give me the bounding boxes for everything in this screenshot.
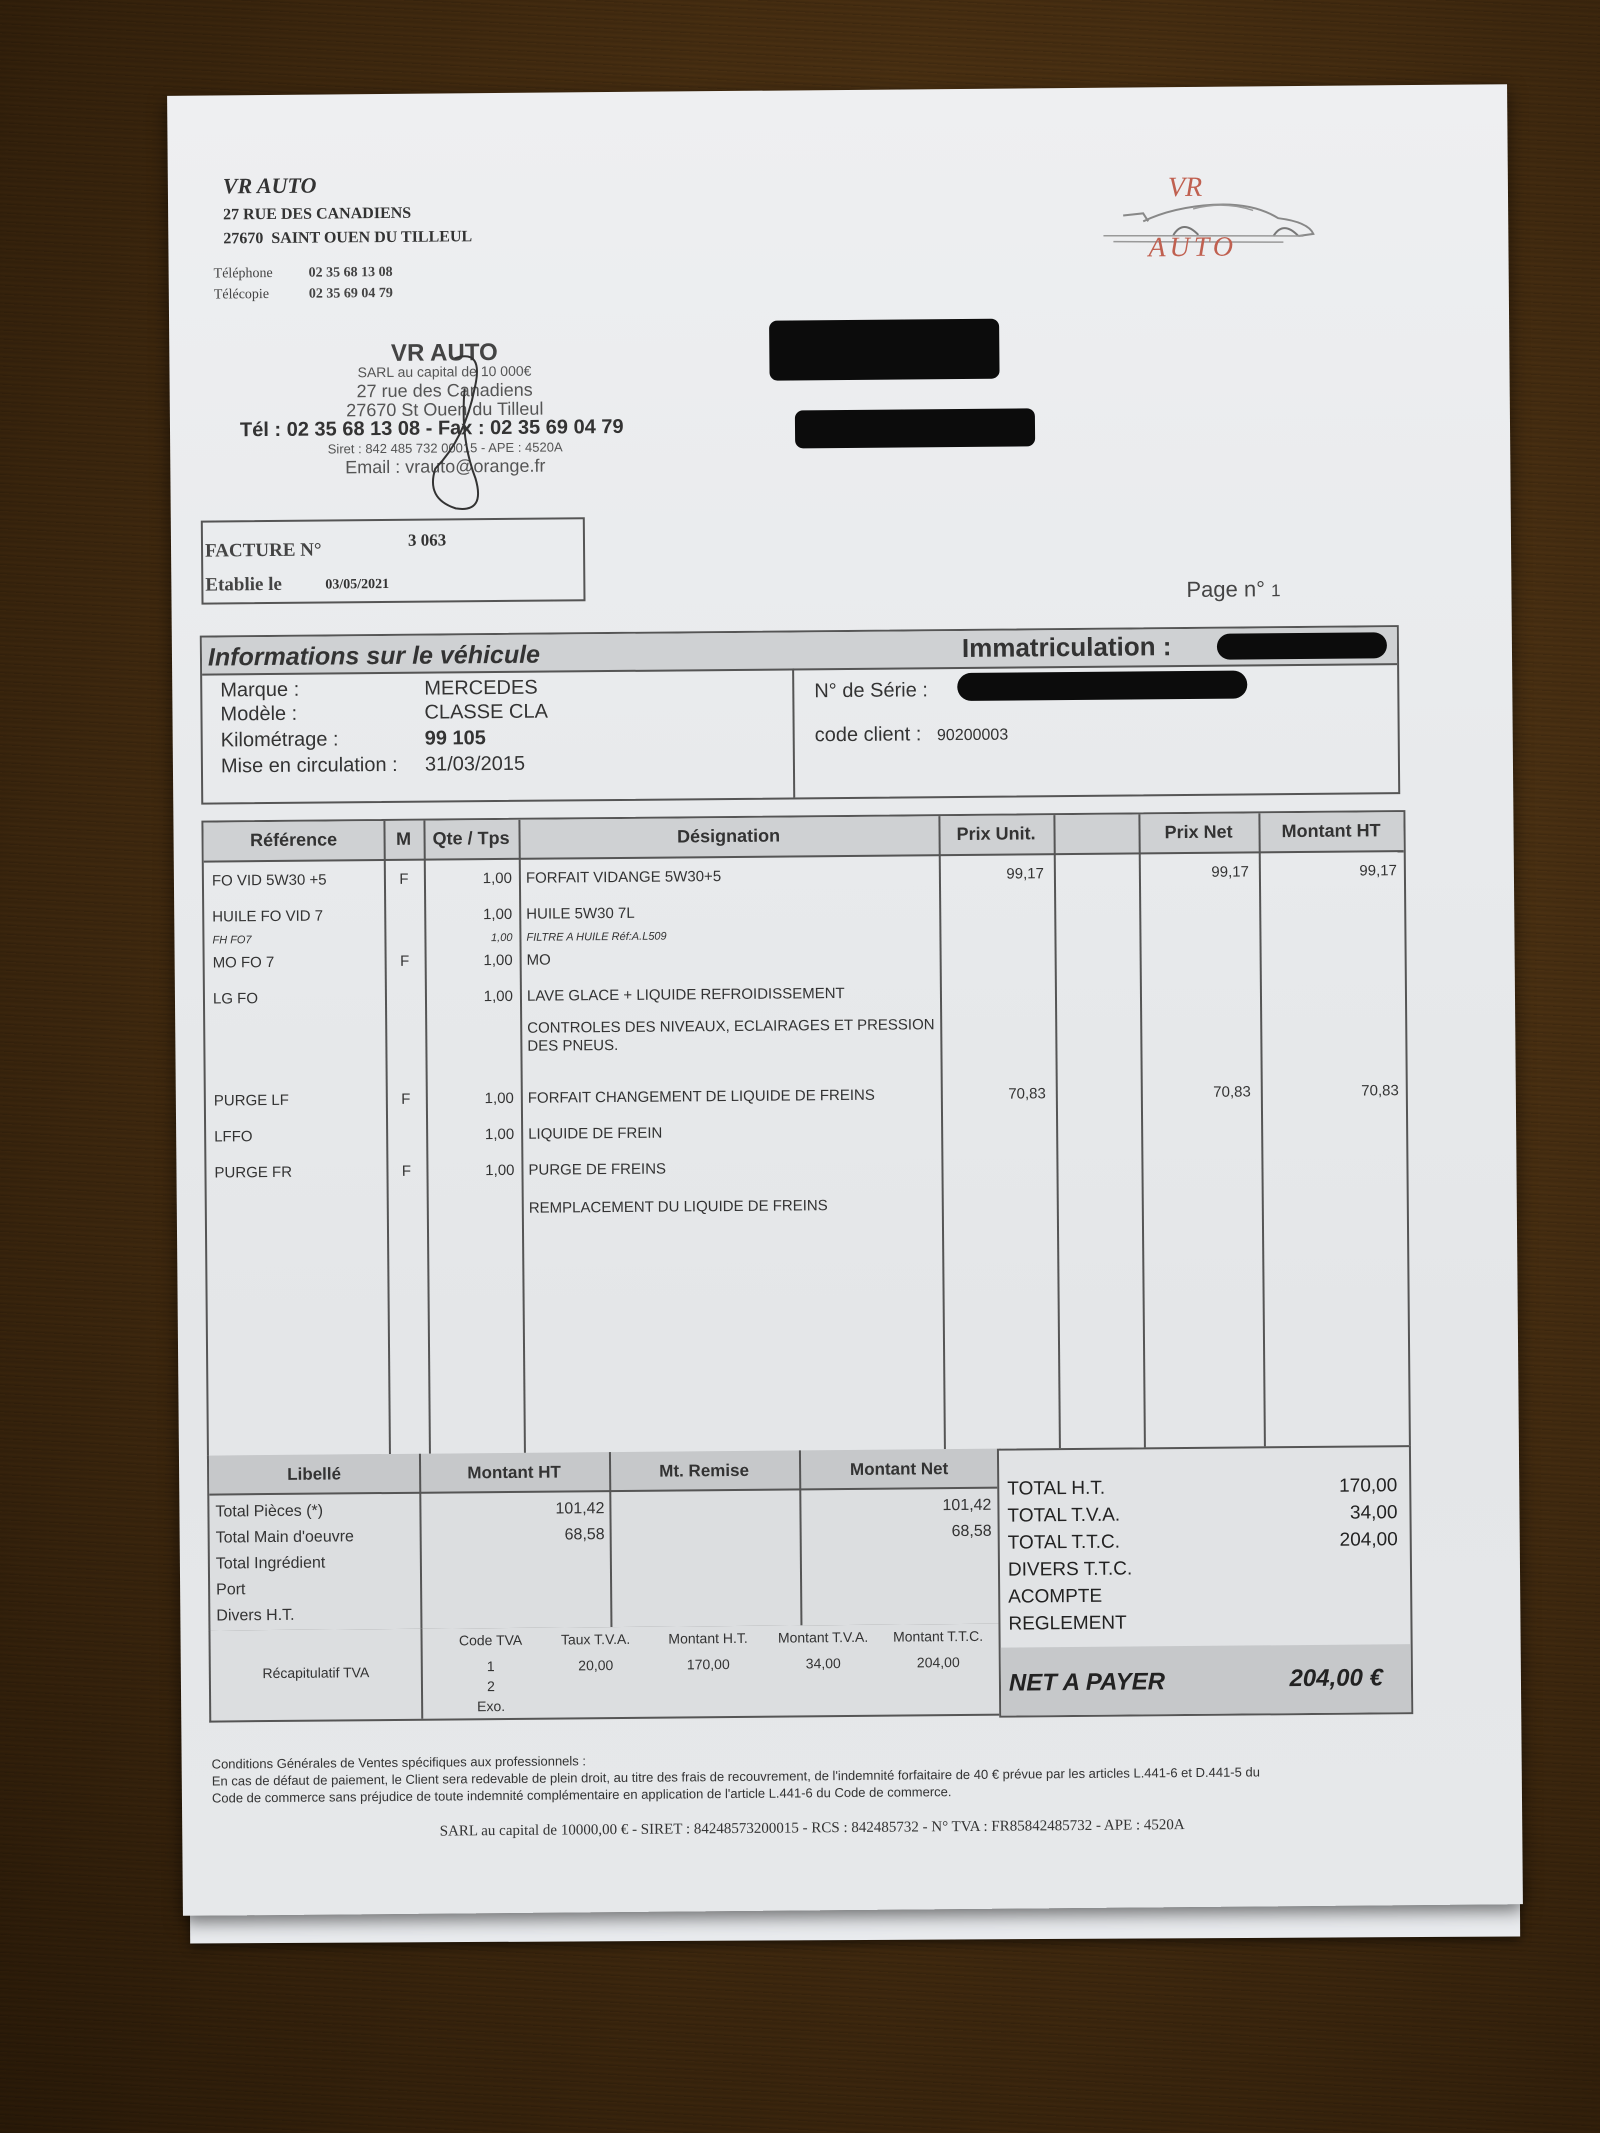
lines-header-cell: Qte / Tps [423,828,518,850]
line-unit [940,983,1045,984]
line-net: 99,17 [1139,863,1249,881]
summary-value: 204,00 [1340,1529,1398,1552]
invoice-number-box: FACTURE N° 3 063 Etablie le 03/05/2021 [201,517,586,604]
line-qty: 1,00 [426,1126,514,1144]
line-qty [425,1038,513,1039]
line-net [1140,1013,1250,1014]
totals-header-cell: Libellé [209,1464,419,1486]
line-net [1141,1119,1251,1120]
line-ref: FH FO7 [212,934,251,946]
invoice-lines-table: RéférenceMQte / TpsDésignationPrix Unit.… [201,810,1411,1459]
line-ref: PURGE FR [214,1164,292,1182]
vat-recap-tva [766,1675,881,1676]
line-qty: 1,00 [426,1090,514,1108]
line-qty: 1,00 [424,870,512,888]
line-unit [940,1033,1045,1034]
summary-row: DIVERS T.T.C. [1008,1556,1398,1581]
page-label: Page n° [1186,576,1265,602]
summary-row: TOTAL H.T.170,00 [1007,1475,1397,1500]
summary-value: 34,00 [1350,1502,1398,1524]
totals-ht [420,1578,605,1580]
summary-value: 170,00 [1339,1475,1397,1498]
line-net [1141,1155,1251,1156]
lines-header-cell: Prix Unit. [938,823,1053,845]
totals-remise [610,1602,795,1604]
summary-label: REGLEMENT [1008,1613,1126,1635]
summary-row: TOTAL T.T.C.204,00 [1008,1529,1398,1554]
terms-and-conditions: Conditions Générales de Ventes spécifiqu… [212,1745,1412,1806]
vat-recap-ht: 170,00 [651,1656,766,1673]
vat-recap-header: Montant T.V.A. [765,1629,880,1646]
totals-label: Total Main d'oeuvre [216,1528,354,1547]
line-ref: HUILE FO VID 7 [212,908,323,926]
line-m: F [386,1091,426,1108]
page-number: Page n° 1 [1186,576,1280,603]
company-address: 27 RUE DES CANADIENS 27670 SAINT OUEN DU… [223,201,472,251]
vat-recap-header: Taux T.V.A. [541,1631,651,1648]
totals-remise [610,1524,795,1526]
line-total [1260,944,1398,945]
totals-header-cell: Montant HT [419,1462,609,1484]
line-unit [941,1121,1046,1122]
totals-header-cell: Montant Net [799,1459,999,1481]
totals-remise [609,1498,794,1500]
net-to-pay-value: 204,00 € [1289,1664,1383,1693]
line-m: F [384,871,424,888]
line-designation: LAVE GLACE + LIQUIDE REFROIDISSEMENT [527,985,845,1005]
vat-recap-ttc [881,1674,996,1675]
line-total [1261,1118,1399,1119]
line-ref: FO VID 5W30 +5 [212,872,327,890]
vat-recap-ttc [881,1694,996,1695]
phone-label: Téléphone [214,263,289,285]
vat-recap-code: 2 [441,1678,541,1695]
line-designation: REMPLACEMENT DU LIQUIDE DE FREINS [529,1197,828,1217]
line-qty [427,1200,515,1201]
summary-label: TOTAL H.T. [1007,1478,1105,1500]
phone-value: 02 35 68 13 08 [309,265,393,281]
summary-label: DIVERS T.T.C. [1008,1559,1132,1581]
totals-ht [420,1604,605,1606]
vat-recap-code: 1 [441,1658,541,1675]
line-total [1260,1012,1398,1013]
legal-footer: SARL au capital de 10000,00 € - SIRET : … [182,1815,1442,1843]
vat-recap-tva [766,1695,881,1696]
registration-label: Immatriculation : [962,631,1172,664]
line-net [1142,1193,1252,1194]
line-total: 99,17 [1259,862,1397,880]
line-unit: 99,17 [939,865,1044,883]
line-designation: FORFAIT CHANGEMENT DE LIQUIDE DE FREINS [528,1087,875,1107]
page-value: 1 [1271,581,1281,600]
line-total [1259,924,1397,925]
lines-header-cell: Désignation [518,824,938,849]
totals-remise [610,1576,795,1578]
line-designation: PURGE DE FREINS [528,1161,666,1179]
totals-net: 101,42 [799,1497,991,1517]
line-designation: HUILE 5W30 7L [526,905,635,923]
lines-header-cell: Montant HT [1258,820,1403,842]
line-unit [940,1015,1045,1016]
line-designation: FORFAIT VIDANGE 5W30+5 [526,868,721,887]
totals-header-cell: Mt. Remise [609,1460,799,1482]
summary-label: TOTAL T.T.C. [1008,1532,1120,1554]
totals-net [800,1549,992,1551]
line-designation: FILTRE A HUILE Réf:A.L509 [526,931,666,944]
vat-recap-tva: 34,00 [766,1655,881,1672]
invoice-date-label: Etablie le [205,574,282,597]
company-name: VR AUTO [223,173,317,200]
lines-header-cell: Référence [203,829,383,852]
summary-label: ACOMPTE [1008,1586,1102,1608]
invoice-number-label: FACTURE N° [205,540,322,563]
column-divider [383,821,391,1456]
line-unit [939,927,1044,928]
invoice-number: 3 063 [408,530,446,550]
line-qty: 1,00 [424,932,512,945]
vehicle-field-brand: Marque :MERCEDES [202,674,792,679]
line-total [1259,898,1397,899]
totals-net [800,1601,992,1603]
fax-label: Télécopie [214,284,289,306]
company-address-line1: 27 RUE DES CANADIENS [223,201,472,227]
net-to-pay-label: NET A PAYER [1009,1668,1165,1697]
redacted-recipient-city [795,408,1035,448]
vat-recap-rate: 20,00 [541,1657,651,1674]
line-net [1139,899,1249,900]
vat-recap-ht [651,1696,766,1697]
redacted-recipient-name [769,319,1000,381]
line-unit: 70,83 [941,1085,1046,1103]
line-net [1140,981,1250,982]
line-designation: CONTROLES DES NIVEAUX, ECLAIRAGES ET PRE… [527,1016,934,1037]
vat-recap-header: Montant H.T. [650,1630,765,1647]
lines-header-cell: Prix Net [1138,821,1258,843]
invoice-summary: TOTAL H.T.170,00TOTAL T.V.A.34,00TOTAL T… [997,1445,1413,1718]
line-unit [940,947,1045,948]
summary-row: REGLEMENT [1008,1610,1398,1635]
column-divider [938,816,946,1451]
totals-ht: 101,42 [419,1500,604,1520]
line-ref: PURGE LF [214,1092,289,1110]
line-qty: 1,00 [425,988,513,1006]
line-total [1262,1192,1400,1193]
line-net [1139,925,1249,926]
client-code-value: 90200003 [937,727,1008,745]
totals-label: Total Pièces (*) [215,1503,323,1522]
column-divider [1258,813,1266,1448]
line-total: 70,83 [1261,1082,1399,1100]
vat-recap-header: Code TVA [441,1632,541,1649]
totals-remise [610,1550,795,1552]
vehicle-info-section: Informations sur le véhicule Immatricula… [200,625,1400,804]
line-qty [425,1020,513,1021]
redacted-registration [1217,632,1387,659]
vat-recap-rate [541,1697,651,1698]
line-unit [939,901,1044,902]
company-contact: Téléphone02 35 68 13 08 Télécopie02 35 6… [214,262,393,306]
vat-recap-rate [541,1677,651,1678]
signature [414,348,516,529]
company-logo: VR AUTO [1103,171,1334,273]
summary-row: ACOMPTE [1008,1583,1398,1608]
totals-label: Port [216,1581,245,1599]
company-address-line2: 27670 SAINT OUEN DU TILLEUL [223,225,472,251]
vat-recap-code: Exo. [441,1698,541,1715]
vat-recap-ttc: 204,00 [881,1654,996,1671]
fax-value: 02 35 69 04 79 [309,286,393,302]
vat-recap-header: Montant T.T.C. [880,1628,995,1645]
serial-number-label: N° de Série : [814,679,928,703]
vehicle-info-divider [792,668,795,797]
net-to-pay-row: NET A PAYER 204,00 € [1001,1644,1412,1716]
line-m: F [386,1163,426,1180]
line-ref: LFFO [214,1128,252,1145]
column-divider [518,820,526,1455]
line-designation: LIQUIDE DE FREIN [528,1125,662,1143]
invoice-date: 03/05/2021 [325,577,389,594]
line-total [1261,1154,1399,1155]
invoice-document: VR AUTO 27 RUE DES CANADIENS 27670 SAINT… [167,84,1523,1916]
line-total [1260,980,1398,981]
line-total [1260,1030,1398,1031]
redacted-serial-number [957,670,1247,701]
line-net [1140,945,1250,946]
line-net: 70,83 [1141,1083,1251,1101]
logo-text-bottom: AUTO [1148,232,1237,265]
line-designation: DES PNEUS. [527,1037,618,1055]
column-divider [1053,815,1061,1450]
totals-net [800,1575,992,1577]
totals-ht: 68,58 [420,1526,605,1546]
vehicle-info-title: Informations sur le véhicule [208,641,540,673]
line-qty: 1,00 [426,1162,514,1180]
line-ref: LG FO [213,990,258,1007]
totals-ht [420,1552,605,1554]
line-ref: MO FO 7 [213,954,275,972]
totals-breakdown-table: LibelléMontant HTMt. RemiseMontant NetTo… [207,1449,1003,1633]
totals-net: 68,58 [800,1523,992,1543]
summary-row: TOTAL T.V.A.34,00 [1007,1502,1397,1527]
line-designation: MO [527,952,551,969]
vat-recap-ht [651,1676,766,1677]
summary-label: TOTAL T.V.A. [1007,1505,1120,1527]
vat-recap-table: Récapitulatif TVA Code TVATaux T.V.A.Mon… [208,1624,1003,1723]
line-unit [942,1195,1047,1196]
client-code: code client : 90200003 [815,723,1009,748]
line-unit [941,1157,1046,1158]
vat-recap-label: Récapitulatif TVA [231,1664,401,1681]
line-net [1140,1031,1250,1032]
line-qty: 1,00 [425,952,513,970]
line-m: F [385,953,425,970]
totals-label: Divers H.T. [216,1607,294,1626]
line-qty: 1,00 [424,906,512,924]
column-divider [1138,814,1146,1449]
lines-header-cell: M [383,829,423,850]
totals-label: Total Ingrédient [216,1555,326,1574]
